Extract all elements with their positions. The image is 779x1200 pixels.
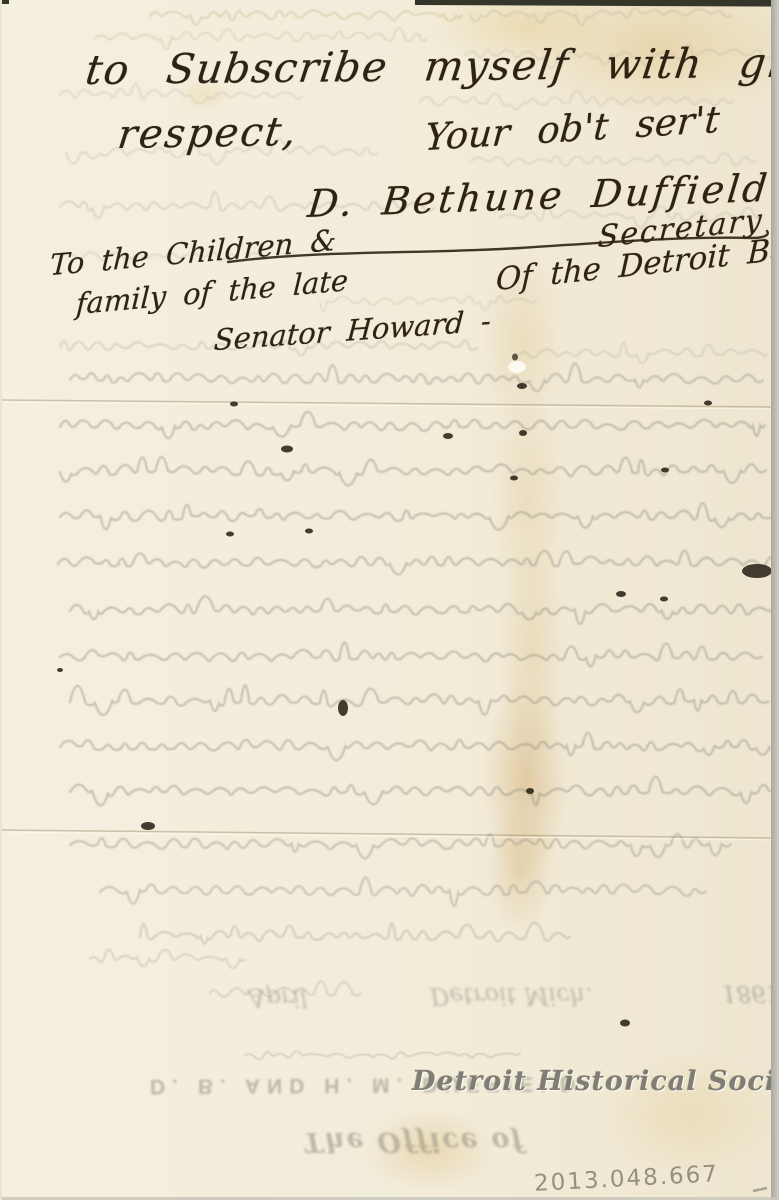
scanner-edge-right xyxy=(771,0,779,1200)
pencil-dash xyxy=(753,1188,767,1191)
paper-damage-fleck xyxy=(512,354,518,361)
scanner-edge-left xyxy=(0,0,2,1200)
paper-damage-spot xyxy=(508,361,526,373)
letter-respect-word: respect, xyxy=(115,109,300,158)
bleedthrough-date-month: April xyxy=(248,984,308,1012)
bleedthrough-date-place: Detroit Mich. xyxy=(430,982,593,1010)
bleedthrough-office-line: The Office of xyxy=(303,1126,525,1157)
letter-scan-page: April Detroit Mich. 1861 D. B. AND H. M.… xyxy=(0,0,779,1200)
letter-closing-line: to Subscribe myself with great xyxy=(83,38,779,94)
ghost-handwriting-rows xyxy=(58,9,779,1060)
fold-creases xyxy=(0,400,779,840)
archive-watermark: Detroit Historical Society xyxy=(412,1066,779,1097)
ink-blots xyxy=(57,383,772,1027)
